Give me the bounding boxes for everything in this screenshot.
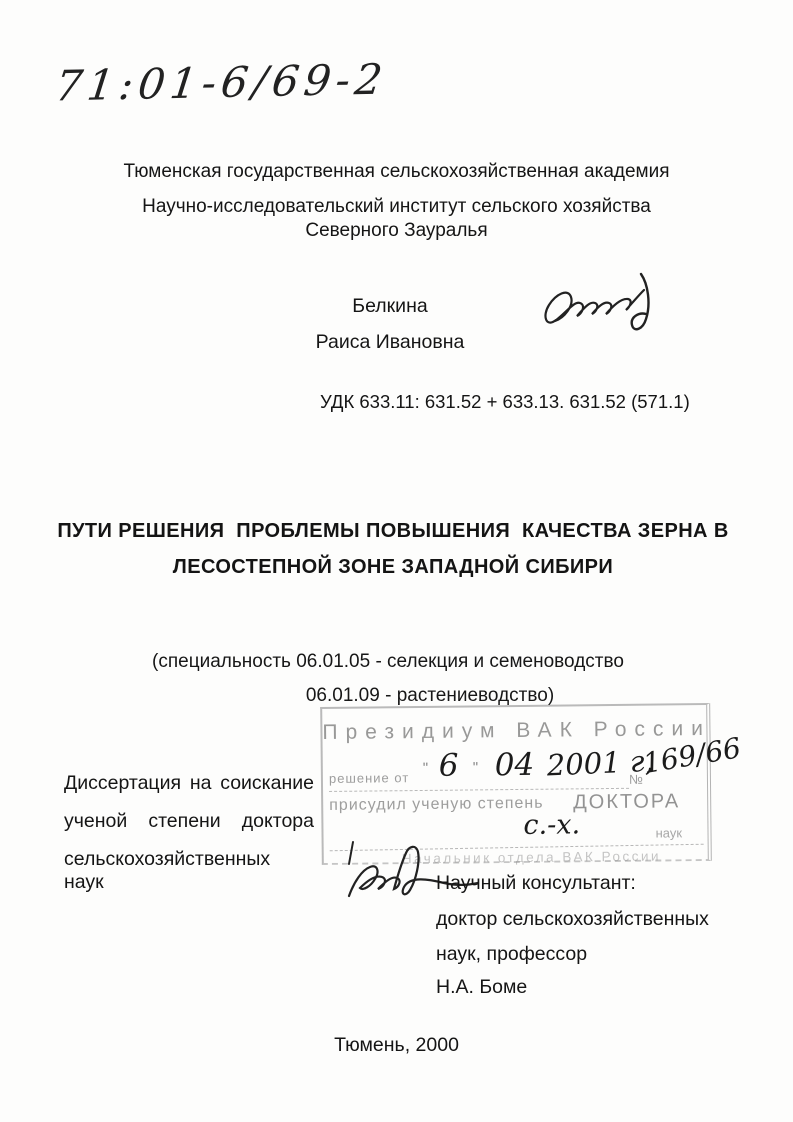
- stamp-degree-word: ДОКТОРА: [573, 790, 680, 814]
- consultant-name: Н.А. Боме: [436, 976, 527, 999]
- title-line-2: ЛЕСОСТЕПНОЙ ЗОНЕ ЗАПАДНОЙ СИБИРИ: [10, 556, 776, 579]
- institution-line-1: Тюменская государственная сельскохозяйст…: [0, 161, 793, 183]
- stamp-quote-close: ": [473, 759, 479, 776]
- title-line-1: ПУТИ РЕШЕНИЯ ПРОБЛЕМЫ ПОВЫШЕНИЯ КАЧЕСТВА…: [10, 520, 776, 543]
- dissertation-text-1: Диссертация на соискание: [64, 772, 314, 795]
- institution-line-2: Научно-исследовательский институт сельск…: [0, 196, 793, 218]
- stamp-degree-handwritten: с.-х.: [523, 809, 580, 841]
- stamp-month-handwritten: 04: [495, 747, 535, 783]
- speciality-line-1: (специальность 06.01.05 - селекция и сем…: [0, 651, 776, 673]
- dissertation-statement-line-1: Диссертация на соискание: [64, 772, 314, 795]
- stamp-degree-suffix: наук: [655, 825, 682, 840]
- dissertation-title-page: 71:01-6/69-2 Тюменская государственная с…: [0, 0, 793, 1122]
- consultant-degree-line-2: наук, профессор: [436, 943, 587, 966]
- stamp-title: Президиум ВАК России: [322, 717, 706, 745]
- consultant-label: Научный консультант:: [436, 872, 636, 895]
- stamp-quote-open: ": [423, 760, 429, 777]
- institution-line-3: Северного Зауралья: [0, 220, 793, 242]
- author-signature-icon: [540, 268, 660, 340]
- stamp-day-handwritten: 6: [439, 748, 459, 784]
- city-year-footer: Тюмень, 2000: [0, 1034, 793, 1057]
- author-name-patronymic: Раиса Ивановна: [0, 331, 780, 354]
- dissertation-text-2: ученой степени доктора: [64, 810, 314, 833]
- author-surname: Белкина: [0, 295, 780, 318]
- dissertation-statement-line-2: ученой степени доктора: [64, 810, 314, 833]
- dissertation-text-3: сельскохозяйственных наук: [64, 848, 314, 894]
- udk-classification: УДК 633.11: 631.52 + 633.13. 631.52 (571…: [320, 391, 690, 413]
- stamp-degree-prefix: присудил ученую степень: [329, 795, 544, 815]
- library-call-number: 71:01-6/69-2: [53, 55, 390, 111]
- stamp-number-label: №: [629, 772, 643, 787]
- dissertation-statement-line-3: сельскохозяйственных наук: [64, 848, 314, 894]
- stamp-decision-label: решение от: [329, 770, 409, 786]
- consultant-degree-line-1: доктор сельскохозяйственных: [436, 908, 709, 931]
